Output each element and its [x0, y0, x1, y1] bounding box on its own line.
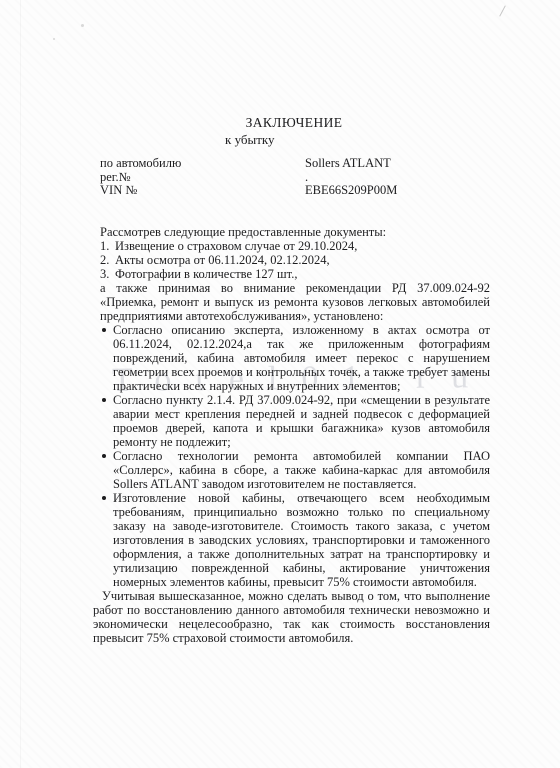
reg-number-label: рег.№ [100, 171, 305, 185]
document-list-item: 2. Акты осмотра от 06.11.2024, 02.12.202… [100, 253, 490, 267]
document-list-item: 1. Извещение о страховом случае от 29.10… [100, 239, 490, 253]
vehicle-label: по автомобилю [100, 157, 305, 171]
list-item-text: Извещение о страховом случае от 29.10.20… [115, 239, 357, 253]
reg-number-row: рег.№ . [100, 171, 492, 185]
bullet-icon [102, 328, 106, 332]
list-number: 1. [100, 239, 115, 253]
list-number: 3. [100, 267, 115, 281]
document-body: Рассмотрев следующие предоставленные док… [100, 225, 490, 645]
reg-number-value: . [305, 171, 492, 185]
vin-row: VIN № EBE66S209P00M [100, 184, 492, 198]
finding-text: Изготовление новой кабины, отвечающего в… [113, 491, 490, 589]
vin-value: EBE66S209P00M [305, 184, 492, 198]
finding-item: Изготовление новой кабины, отвечающего в… [100, 491, 490, 589]
finding-text: Согласно описанию эксперта, изложенному … [113, 323, 490, 393]
vehicle-model: Sollers ATLANT [305, 157, 492, 171]
finding-item: Согласно технологии ремонта автомобилей … [100, 449, 490, 491]
scan-artifact-slash [499, 5, 506, 16]
vehicle-row: по автомобилю Sollers ATLANT [100, 157, 492, 171]
document-list-item: 3. Фотографии в количестве 127 шт., [100, 267, 490, 281]
vin-label: VIN № [100, 184, 305, 198]
list-item-text: Фотографии в количестве 127 шт., [115, 267, 297, 281]
scan-artifact-line [20, 0, 21, 768]
scan-speck [81, 24, 84, 27]
finding-text: Согласно пункту 2.1.4. РД 37.009.024-92,… [113, 393, 490, 449]
finding-item: Согласно пункту 2.1.4. РД 37.009.024-92,… [100, 393, 490, 449]
findings-list: Согласно описанию эксперта, изложенному … [100, 323, 490, 589]
page-subtitle: к убытку [225, 132, 275, 148]
list-item-text: Акты осмотра от 06.11.2024, 02.12.2024, [115, 253, 330, 267]
bullet-icon [102, 454, 106, 458]
scanned-document-page: Totel01.ru ЗАКЛЮЧЕНИЕ к убытку по автомо… [0, 0, 560, 768]
intro-line: Рассмотрев следующие предоставленные док… [100, 225, 490, 239]
finding-item: Согласно описанию эксперта, изложенному … [100, 323, 490, 393]
finding-text: Согласно технологии ремонта автомобилей … [113, 449, 490, 491]
intro-continued: а также принимая во внимание рекомендаци… [100, 281, 490, 323]
bullet-icon [102, 398, 106, 402]
documents-list: 1. Извещение о страховом случае от 29.10… [100, 239, 490, 281]
page-title: ЗАКЛЮЧЕНИЕ [100, 115, 488, 131]
scan-speck [53, 38, 55, 40]
conclusion-paragraph: Учитывая вышесказанное, можно сделать вы… [93, 589, 490, 645]
bullet-icon [102, 496, 106, 500]
vehicle-header: по автомобилю Sollers ATLANT рег.№ . VIN… [100, 157, 492, 198]
list-number: 2. [100, 253, 115, 267]
